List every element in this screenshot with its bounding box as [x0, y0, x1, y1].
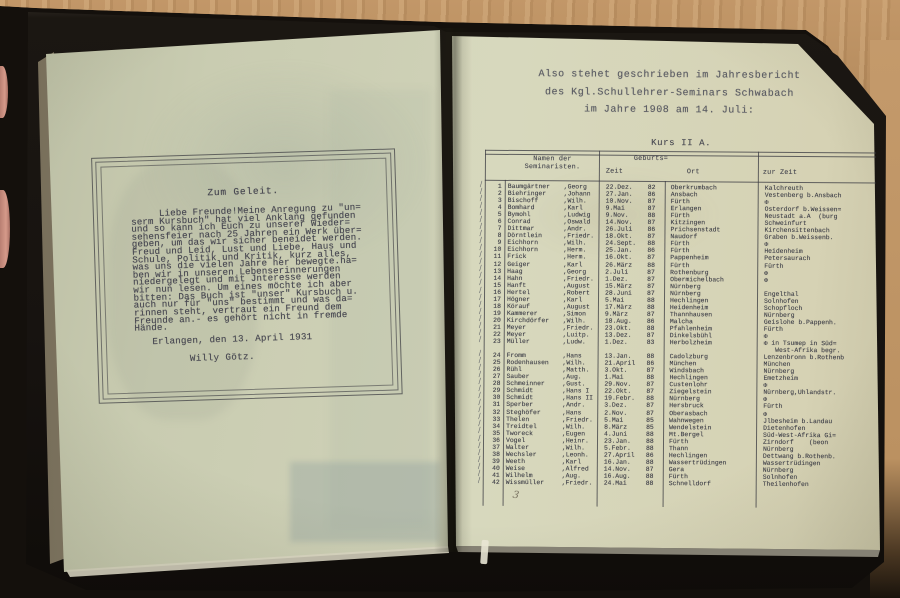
- firstname: ,Karl: [563, 296, 582, 303]
- colheader-zur-zeit: zur Zeit: [763, 169, 797, 177]
- register-page-content: Also stehet geschrieben im Jahresbericht…: [0, 0, 900, 598]
- course-title: Kurs II A.: [485, 137, 877, 150]
- birth-year: 87: [647, 276, 655, 283]
- birth-year: 87: [647, 268, 655, 275]
- page-number-pencil: 3: [512, 490, 520, 502]
- birth-year: 87: [647, 332, 655, 339]
- report-header-line: im Jahre 1908 am 14. Juli:: [479, 104, 859, 124]
- colheader-ort: Ort: [687, 168, 700, 176]
- colheader-seminaristen: Seminaristen.: [506, 163, 599, 172]
- birth-year: 87: [647, 290, 655, 297]
- birth-year: 88: [646, 473, 654, 480]
- birth-day-month: 24.Mai: [604, 480, 646, 487]
- birth-year: 88: [646, 480, 654, 487]
- table-rule-top: [485, 150, 876, 154]
- birth-year: 88: [647, 297, 655, 304]
- birth-year: 88: [646, 445, 654, 452]
- birth-year: 87: [647, 283, 655, 290]
- birth-year: 87: [647, 254, 655, 261]
- firstname: ,Hans: [562, 409, 581, 416]
- birth-year: 88: [647, 304, 655, 311]
- birth-year: 88: [647, 261, 655, 268]
- firstname: ,Friedr.: [562, 479, 593, 486]
- birth-year: 87: [646, 466, 654, 473]
- birthdate-cell: 24.Mai88: [597, 480, 663, 488]
- current-place-cell: Theilenhofen: [756, 481, 875, 489]
- firstname: ,Karl: [563, 261, 582, 268]
- birth-year: 88: [646, 431, 654, 438]
- birth-year: 85: [646, 423, 654, 430]
- row-number: 42: [483, 479, 503, 486]
- photographed-open-book: Zum Geleit. Liebe Freunde!Meine Anregung…: [0, 0, 900, 598]
- birth-year: 87: [647, 311, 655, 318]
- birth-year: 86: [646, 452, 654, 459]
- firstname: ,Aug.: [562, 472, 581, 479]
- birth-year: 87: [646, 402, 654, 409]
- birth-year: 88: [647, 325, 655, 332]
- colheader-geburts: Geburts=: [601, 155, 701, 164]
- birth-year: 83: [647, 339, 655, 346]
- birth-year: 87: [646, 409, 654, 416]
- seminarist-table: ∕ 1 Baumgärtner,Georg 22.Dez.82 Oberkrum…: [483, 183, 877, 489]
- birth-year: 85: [646, 416, 654, 423]
- table-row: ∕ 42 Wissmüller,Friedr. 24.Mai88 Schnell…: [483, 479, 875, 489]
- colheader-zeit: Zeit: [606, 168, 623, 176]
- report-header: Also stehet geschrieben im Jahresbericht…: [479, 69, 859, 124]
- birth-year: 86: [647, 318, 655, 325]
- birth-year: 82: [648, 184, 656, 191]
- birth-year: 88: [646, 459, 654, 466]
- surname: Wissmüller: [506, 479, 562, 486]
- name-cell: Wissmüller,Friedr.: [503, 479, 597, 487]
- birth-year: 88: [646, 438, 654, 445]
- birthplace-cell: Schnelldorf: [663, 480, 756, 488]
- firstname: ,Karl: [562, 458, 581, 465]
